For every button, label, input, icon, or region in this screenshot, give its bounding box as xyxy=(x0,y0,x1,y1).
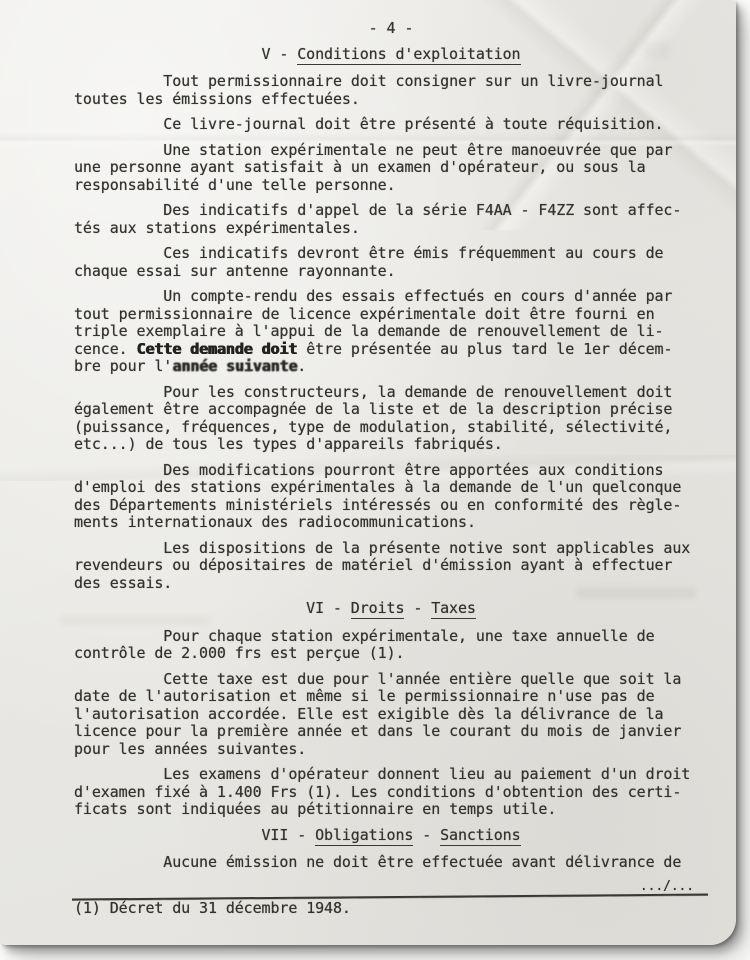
smudged-text: année suivante xyxy=(172,357,297,375)
paragraph-aucune-emission: Aucune émission ne doit être effectuée a… xyxy=(74,854,708,872)
paragraph-dispositions: Les dispositions de la présente notive s… xyxy=(74,540,708,593)
paragraph-operateur: Une station expérimentale ne peut être m… xyxy=(74,142,708,195)
paragraph-examens: Les examens d'opérateur donnent lieu au … xyxy=(74,766,708,819)
section-vi-title-droits: Droits xyxy=(351,599,405,619)
overstruck-text: Cette demande doit xyxy=(137,340,298,358)
section-heading-vi: VI - Droits - Taxes xyxy=(74,600,708,618)
paragraph-modifications: Des modifications pourront être apportée… xyxy=(74,462,708,532)
section-vi-separator: - xyxy=(404,599,431,617)
section-vi-number: VI - xyxy=(306,599,351,617)
section-heading-v: V - Conditions d'exploitation xyxy=(74,46,708,64)
continuation-mark: .../... xyxy=(74,878,708,896)
page-number: - 4 - xyxy=(74,20,708,38)
paragraph-indicatifs-emis: Ces indicatifs devront être émis fréquem… xyxy=(74,245,708,280)
section-vii-title-obligations: Obligations xyxy=(315,826,413,846)
paragraph-compte-rendu: Un compte-rendu des essais effectués en … xyxy=(74,288,708,376)
section-vii-title-sanctions: Sanctions xyxy=(440,826,520,846)
section-v-number: V - xyxy=(261,45,297,63)
scanned-typewritten-page: - 4 - V - Conditions d'exploitation Tout… xyxy=(0,0,736,945)
section-vii-number: VII - xyxy=(261,826,315,844)
page-content: - 4 - V - Conditions d'exploitation Tout… xyxy=(74,20,708,918)
paragraph-taxe-due: Cette taxe est due pour l'année entière … xyxy=(74,671,708,759)
compte-rendu-text: . xyxy=(297,357,306,375)
section-vii-separator: - xyxy=(413,826,440,844)
paragraph-indicatifs-serie: Des indicatifs d'appel de la série F4AA … xyxy=(74,202,708,237)
paragraph-livre-journal: Tout permissionnaire doit consigner sur … xyxy=(74,73,708,108)
paragraph-taxe-annuelle: Pour chaque station expérimentale, une t… xyxy=(74,628,708,663)
paragraph-constructeurs: Pour les constructeurs, la demande de re… xyxy=(74,384,708,454)
section-heading-vii: VII - Obligations - Sanctions xyxy=(74,827,708,845)
footnote-decret: (1) Décret du 31 décembre 1948. xyxy=(74,900,708,918)
paragraph-requisition: Ce livre-journal doit être présenté à to… xyxy=(74,116,708,134)
section-v-title: Conditions d'exploitation xyxy=(297,45,520,65)
section-vi-title-taxes: Taxes xyxy=(431,599,476,619)
